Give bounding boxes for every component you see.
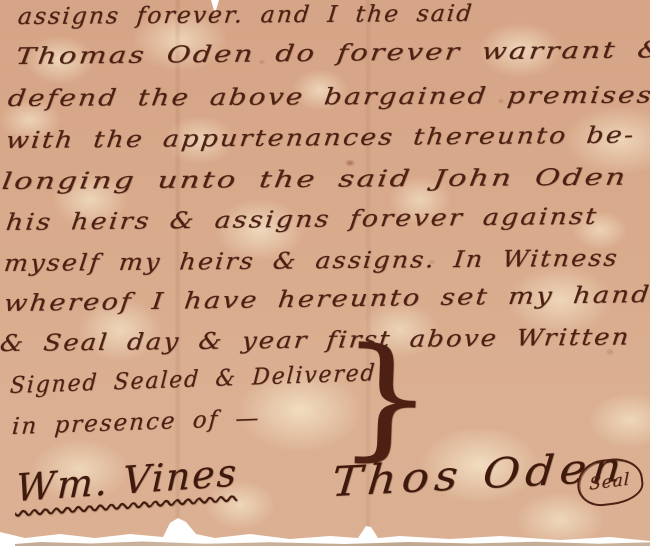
- curly-brace-flourish: }: [336, 337, 437, 458]
- manuscript-line: myself my heirs & assigns. In Witness: [3, 246, 621, 277]
- manuscript-line: with the appurtenances thereunto be-: [5, 122, 637, 154]
- seal-label: Seal: [589, 469, 630, 494]
- manuscript-line: assigns forever. and I the said: [17, 1, 475, 30]
- manuscript-line: defend the above bargained premises: [6, 83, 650, 112]
- manuscript-scan: assigns forever. and I the said Thomas O…: [0, 0, 650, 546]
- adjacent-page-edge: [15, 541, 650, 546]
- manuscript-line: longing unto the said John Oden: [0, 165, 629, 195]
